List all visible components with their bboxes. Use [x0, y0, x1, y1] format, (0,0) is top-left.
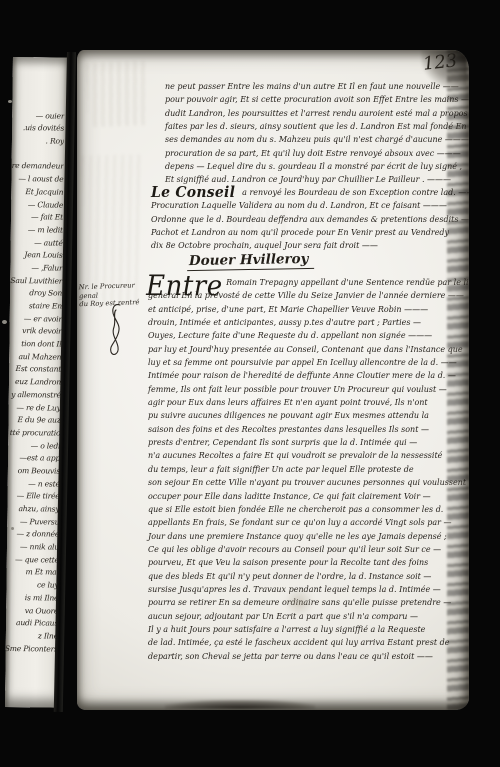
text-line: Pachot et Landron au nom qu'il procede p…: [151, 227, 467, 240]
text-line: E du 9e auz: [8, 414, 60, 427]
text-line: occuper pour Elle dans laditte Instance,…: [148, 491, 469, 504]
text-line: tion dont Il: [9, 338, 61, 351]
text-line: procuration de sa part, Et qu'il luy doi…: [165, 148, 469, 161]
text-line: appellants En frais, Se fondant sur ce q…: [148, 517, 469, 530]
text-line: n'a aucunes Recoltes a faire Et qui voud…: [148, 450, 469, 463]
text-line: Ouyes, Lecture faite d'une Requeste du d…: [148, 330, 469, 343]
corner-stain: [421, 50, 467, 90]
text-line: nnik alu —: [7, 541, 59, 554]
text-line: agir pour Eux dans leurs affaires Et n'e…: [148, 397, 469, 410]
text-line: pour pouvoir agir, Et si cette procurati…: [165, 94, 469, 107]
text-line: y allemonstré: [9, 389, 61, 402]
text-line: Sme Piconters: [6, 643, 58, 656]
text-line: drouin, Intimée et anticipantes, aussy p…: [148, 317, 469, 330]
text-line: er avoir —: [10, 313, 62, 326]
paper-stain: [282, 589, 316, 615]
text-line: que des bleds Et qu'il n'y peut donner d…: [148, 571, 469, 584]
text-line: est a app—: [8, 452, 60, 465]
lead-word-entre: Entre: [146, 269, 222, 302]
text-line: z Ilne: [6, 630, 58, 643]
text-line: femme, Ils ont fait leur possible pour t…: [148, 384, 469, 397]
paragraph-continuation: ne peut passer Entre les mains d'un autr…: [165, 81, 469, 188]
text-line: is mi Ilne: [6, 592, 58, 605]
text-line: Procuration Laquelle Validera au nom du …: [151, 200, 467, 213]
text-line: Il y a huit Jours pour satisfaire a l'ar…: [148, 624, 469, 637]
text-line: son sejour En cette Ville n'ayant pu tro…: [148, 477, 469, 490]
text-line: que cette —: [7, 554, 59, 567]
text-line: prests d'entrer, Cependant Ils sont surp…: [148, 437, 469, 450]
text-line: ce luy: [6, 579, 58, 592]
manuscript-scan: { "colors":{"background":"#060606","pape…: [0, 0, 500, 767]
text-line: ahzu, ainsy: [7, 503, 59, 516]
text-line: re demandeur: [12, 160, 64, 173]
text-line: departir, son Cheval se jetta par terre …: [148, 651, 469, 664]
text-line: vrik devoir: [10, 325, 62, 338]
text-line: et anticipé, prise, d'une part, Et Marie…: [148, 304, 469, 317]
text-line: va Ouore: [6, 604, 58, 617]
manuscript-page: 123 Nr. le Procureur genal du Roy est re…: [77, 50, 469, 710]
text-line: Ce qui les oblige d'avoir recours au Con…: [148, 544, 469, 557]
text-line: Roy .: [12, 135, 64, 148]
text-line: euz Landron: [9, 376, 61, 389]
text-line: ses demandes au nom du s. Mahzeu puis qu…: [165, 134, 469, 147]
text-line: om Beouvis: [8, 465, 60, 478]
text-line: m Et mal: [7, 566, 59, 579]
lead-word-le-conseil: Le Conseil: [151, 183, 235, 201]
ink-bleed-through: [86, 61, 150, 127]
scan-dust-speck: [2, 320, 7, 324]
text-line: o ledi —: [8, 440, 60, 453]
text-line: faites par les d. sieurs, ainsy soutient…: [165, 121, 469, 134]
text-line: Intimée pour raison de l'heredité de def…: [148, 370, 469, 383]
text-line: l aoust de —: [11, 173, 63, 186]
text-line: Ordonne que le d. Bourdeau deffendra aux…: [151, 214, 467, 227]
text-line: droy Son: [10, 287, 62, 300]
text-line: du temps, leur a fait signiffier Un acte…: [148, 464, 469, 477]
text-line: uis dovités.: [12, 122, 64, 135]
text-line: autté —: [11, 237, 63, 250]
text-line: re de Luy —: [9, 401, 61, 414]
text-line: dudit Landron, les poursuittes et l'arre…: [165, 108, 469, 121]
text-line: z donnée —: [7, 528, 59, 541]
text-line: tté procuratio: [8, 427, 60, 440]
text-line: de lad. Intimée, ça esté le fascheux acc…: [148, 637, 469, 650]
text-line: saison des foins et des Recoltes prestan…: [148, 424, 469, 437]
text-line: Puversu —: [7, 516, 59, 529]
text-line: Jean Louis: [10, 249, 62, 262]
text-line: ouier —: [12, 110, 64, 123]
text-line: depens — Lequel dire du s. gourdeau Il a…: [165, 161, 469, 174]
paraph-flourish-icon: [105, 302, 127, 358]
text-line: pourveu, Et que Veu la saison presente p…: [148, 557, 469, 570]
text-line: Claude —: [11, 198, 63, 211]
text-line: Saul Luvithier: [10, 275, 62, 288]
text-line: pu suivre aucunes diligences ne pouvant …: [148, 410, 469, 423]
text-line: Falur, —: [10, 262, 62, 275]
text-line: audi Picaus: [6, 617, 58, 630]
torn-right-edge: [447, 50, 469, 710]
text-line: Est constant: [9, 363, 61, 376]
paragraph-conseil-ruling: Le Conseil a renvoyé les Bourdeau de son…: [151, 187, 467, 254]
text-line: par luy et Jourd'huy presentée au Consei…: [148, 344, 469, 357]
text-line: n esté —: [8, 478, 60, 491]
text-line: que si Elle estoit bien fondée Elle ne c…: [148, 504, 469, 517]
text-line: staire En: [10, 300, 62, 313]
text-line: Jour dans une premiere Instance quoy qu'…: [148, 531, 469, 544]
text-line: Et Jacquin: [11, 186, 63, 199]
text-line: [12, 97, 64, 110]
text-line: aul Mahzen: [9, 351, 61, 364]
text-line: Elle tirée —: [8, 490, 60, 503]
text-line: m ledit —: [11, 224, 63, 237]
text-line: [12, 148, 64, 161]
text-line: fait Et —: [11, 211, 63, 224]
bottom-edge-smudge: [165, 700, 315, 709]
scan-dust-speck: [11, 527, 14, 530]
scan-dust-speck: [8, 100, 12, 103]
text-line: luy et sa femme ont poursuivie par appel…: [148, 357, 469, 370]
